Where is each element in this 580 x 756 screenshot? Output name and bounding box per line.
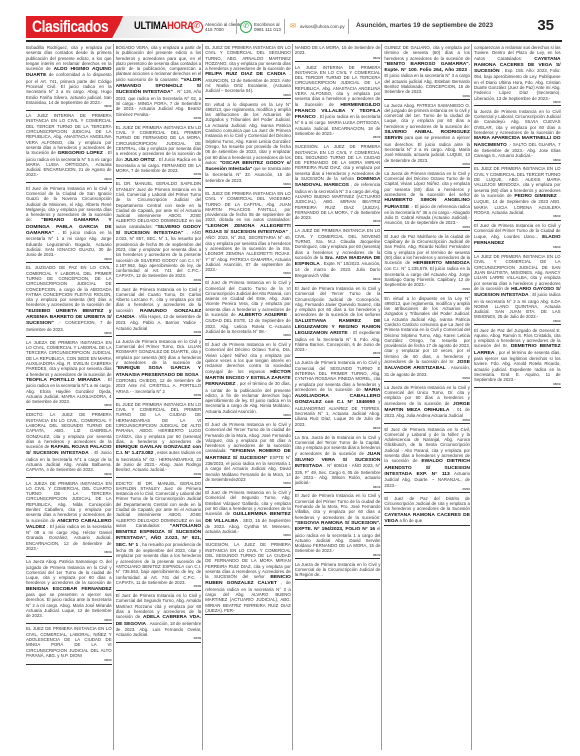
notice-body: La Jueza Abog. Patricia Samaniego O. del…: [26, 559, 112, 585]
notice-body-end: , AÑO 2.023, N° 857, SEC. N° 1, ha resue…: [116, 230, 202, 278]
notice-code: 08/09: [295, 278, 381, 281]
notice-code: 08/09: [26, 473, 112, 476]
legal-notice: El Juez de Paz del Distrito de Circunscr…: [384, 495, 470, 526]
notice-body: La Jueza de Primera Instancia en lo Civi…: [295, 562, 381, 578]
notice-code: 08/09: [384, 288, 470, 291]
notice-body: la Jueza de Primera Instancia en lo Civi…: [474, 109, 561, 135]
legal-notice: El Juez de Primera Instancia en lo Civil…: [295, 285, 381, 358]
legal-notice: SUCESIÓN. LA JUEZ DE PRIMERA INSTANCIA E…: [205, 541, 291, 615]
contact-whatsapp: ✆ Escribinos al0981 111 013: [240, 18, 281, 36]
notice-code: 08/09: [295, 486, 381, 489]
notice-body: El Juez de Primera Instancia en lo Civil…: [384, 427, 470, 464]
divider: [348, 19, 349, 34]
notice-code: 08/09: [384, 163, 470, 166]
notice-body: LA JUEZ INTERINA DE PRIMERA INSTANCIA EN…: [26, 113, 112, 155]
contact-phone: ✆ Atención al cliente:415 7000: [191, 18, 243, 36]
legal-notice: El Juez de Primera Instancia en lo Civil…: [295, 492, 381, 559]
header-rule: [26, 40, 562, 42]
notice-code: 08/09: [295, 554, 381, 557]
deceased-name: "BENITO BARROSO GAMARRA". Expte. N° 100.…: [384, 62, 470, 73]
legal-notice: El Juez de Primera Instancia en lo Civil…: [205, 421, 291, 488]
legal-notice: comparezcan a reclamar sus derechos si l…: [474, 44, 561, 106]
whatsapp-icon: ✆: [240, 21, 252, 33]
notice-body-end: a fin de que: [399, 518, 422, 523]
legal-notice: EL JUZGADO DE PAZ EN LO CIVIL, COMERCIAL…: [26, 264, 112, 337]
legal-notice: El Juez de Primera Instancia en lo Civil…: [205, 341, 291, 419]
deceased-name: TEOFILA PORTILLO MIRANDA: [26, 378, 101, 383]
notice-body: EL JUZGADO DE PAZ EN LO CIVIL, COMERCIAL…: [26, 265, 112, 307]
notice-code: 08/09: [474, 101, 561, 104]
notice-code: 08/09: [26, 619, 112, 622]
column-5: GUINEZ DE GALIANO, cita y emplaza por té…: [384, 44, 472, 750]
notice-code: 08/09: [205, 272, 291, 275]
legal-notice: LA JUEZA DE PRIMERA INSTANCIA EN LO CIVI…: [26, 339, 112, 410]
legal-notice: La Jueza de Primera Instancia en lo Civi…: [116, 338, 202, 399]
deceased-name: "SEGOVIA RAMONA S/ SUCESION". EXPTE. N° …: [295, 521, 381, 532]
notice-code: 08/09: [26, 178, 112, 181]
notice-code: 08/09: [116, 394, 202, 397]
deceased-name: "ENRIQUE SOSA GARCIA Y ATANASIA PRESENTA…: [116, 366, 202, 377]
notice-code: 08/09: [295, 136, 381, 139]
legal-notice: El Juez de Paz del Juzgado de General E.…: [474, 327, 561, 388]
legal-notice: SUCESIÓN. LA JUEZ DE PRIMERA INSTANCIA E…: [295, 143, 381, 226]
legal-notice: En virtud a lo dispuesto en la Ley N° 49…: [205, 101, 291, 189]
notice-code: 08/09: [474, 320, 561, 323]
notice-code: 08/09: [474, 215, 561, 218]
legal-notice: NANDO DE LA MORA, 15 de Setiembre de 202…: [295, 44, 381, 62]
notice-code: 08/09: [384, 226, 470, 229]
notice-code: 08/09: [474, 246, 561, 249]
notice-code: 08/09: [384, 488, 470, 491]
legal-notice: La Sra. Jueza de la Instancia en lo Civi…: [295, 434, 381, 491]
column-2: BOGADO VERA, cita y emplaza a partir de …: [116, 44, 204, 750]
notice-body: LA JUEZ DE PRIMERA INSTANCIA EN LO CIVIL…: [474, 254, 561, 291]
notice-code: 08/09: [116, 173, 202, 176]
legal-notice: La Jueza Abog. Patricia Samaniego O. del…: [26, 558, 112, 624]
column-4: NANDO DE LA MORA, 15 de Setiembre de 202…: [295, 44, 383, 750]
legal-notice: El Juez de Primera Instancia en lo Civil…: [205, 279, 291, 339]
notice-body: En virtud a lo dispuesto en la Ley N° 49…: [205, 102, 291, 165]
column-3: EL JUEZ DE PRIMERA INSTANCIA EN LO CIVIL…: [205, 44, 293, 750]
notice-code: 08/09: [474, 383, 561, 386]
legal-notice: LA JUEZ DE PRIMERA INSTANCIA EN LO CIVIL…: [474, 253, 561, 325]
notice-body: EL JUEZ DE PRIMERA INSTANCIA EN LO CIVIL…: [205, 191, 291, 222]
notice-body-end: con C.I. N° 1.235.579. El juicio radica …: [384, 266, 470, 287]
deceased-name: JULIO ORTIZ: [124, 158, 155, 163]
notice-code: 08/09: [205, 482, 291, 485]
notice-body: EL JUEZ DE PRIMERA INSTANCIA EN LO CIVIL…: [116, 402, 202, 444]
notice-code: 08/09: [116, 637, 202, 640]
legal-notice: La Jueza de Primera Instancia en lo Civi…: [384, 170, 470, 231]
legal-notice: El Juez de Primera Instancia en lo Civil…: [116, 592, 202, 643]
notice-code: 08/09: [384, 377, 470, 380]
notice-body-end: para que se presenten a ejercer sus dere…: [26, 592, 112, 618]
legal-notice: EL JUEZ DE PRIMERA INSTANCIA EN LO CIVIL…: [116, 124, 202, 179]
legal-notice: EL JUEZ DE PRIMERA INSTANCIA EN LO CIVIL…: [205, 190, 291, 278]
notice-code: 08/09: [205, 534, 291, 537]
deceased-name: BENIGNA ESCOBAR FERNANDEZ: [26, 587, 112, 592]
legal-notice: El Juez de Primera Instancia en lo Civil…: [205, 489, 291, 540]
notice-code: 08/09: [116, 117, 202, 120]
section-title: Clasificados: [32, 16, 108, 38]
notice-code: 08/09: [26, 258, 112, 261]
divider: [236, 19, 237, 34]
deceased-name: FELIPA RUIZ DIAZ DE CANDIA: [205, 72, 286, 77]
section-tab: Clasificados: [26, 16, 124, 38]
notice-body: NANDO DE LA MORA, 15 de Setiembre de 202…: [295, 45, 381, 55]
legal-notice: El Juez de Primera Instancia en lo Civil…: [26, 185, 112, 263]
legal-notice: LA JUEZ INTERINA DE PRIMERA INSTANCIA EN…: [26, 112, 112, 183]
legal-notice: GUINEZ DE GALIANO, cita y emplaza por té…: [384, 44, 470, 100]
envelope-icon: ✉: [288, 22, 298, 32]
notice-body: SUCESIÓN. LA JUEZ DE PRIMERA INSTANCIA E…: [205, 542, 291, 579]
notice-body-end: , ha resuelto por providencia de fecha 0…: [116, 542, 202, 585]
legal-notice: EL JUEZ DE PRIMERA INSTANCIA EN LO CIVIL…: [205, 44, 291, 99]
notice-body-end: , AÑO: 2023, N° 253, SECRETARIA N° 40, c…: [205, 229, 291, 272]
notice-body: BOGADO VERA, cita y emplaza a partir de …: [116, 45, 202, 82]
deceased-name: ALBERTO AGUIRRE: [238, 313, 287, 318]
legal-notice: EL JUEZ DE PRIMERA INSTANCIA EN LO CIVIL…: [26, 625, 112, 664]
notice-body: El Juez de Paz del Distrito de Circunscr…: [384, 496, 470, 512]
notice-code: 08/09: [384, 419, 470, 422]
notice-code: 08/09: [295, 57, 381, 60]
legal-notice: EL JUEZ DE PRIMERA INSTANCIA EN LO CIVIL…: [116, 401, 202, 478]
deceased-name: "LEONOR ZENONA ALLEGRETTI ROJAS S/ SUCES…: [205, 224, 291, 235]
classifieds-columns: Bobadilla Rodríguez, cita y emplaza por …: [26, 44, 562, 750]
deceased-name: PEDRO GIMENEZ: [514, 194, 556, 199]
deceased-name: CAYETANA RAMONA CACERES DE VEGA: [384, 513, 470, 524]
notice-code: 08/09: [26, 659, 112, 662]
legal-notice: la Jueza de Primera Instancia en lo Civi…: [474, 108, 561, 164]
notice-code: 08/09: [205, 183, 291, 186]
notice-code: 08/09: [116, 585, 202, 588]
notice-body: GUINEZ DE GALIANO, cita y emplaza por té…: [384, 45, 470, 61]
legal-notice: EL DR. MANUEL GERALDO SAIFILDIN STANLEY …: [116, 180, 202, 284]
notice-body: La Jueza Abog. PATRICIA SAMANIEGO O. del…: [384, 103, 470, 129]
notice-body: LA JUEZA DE PRIMERA INSTANCIA EN LO CIVI…: [26, 340, 112, 377]
legal-notice: El Juez de Primera Instancia en lo Civil…: [116, 286, 202, 337]
notice-body: El Juez de Primera Instancia en lo Civil…: [205, 280, 291, 317]
legal-notice: La Jueza de Primera Instancia en lo Civi…: [295, 359, 381, 432]
page-header: Clasificados ULTIMAHORA ✆ Atención al cl…: [26, 14, 562, 40]
notice-body-end: , de referencia radica en la secretaría …: [295, 182, 381, 220]
legal-notice: EDICTO: LA JUEZ DE PRIMERA INSTANCIA EN …: [26, 411, 112, 478]
legal-notice: En virtud a lo dispuesto en la Ley N° 49…: [384, 295, 470, 383]
notice-code: 08/09: [26, 332, 112, 335]
notice-body: El Juez de Primera Instancia en lo Civil…: [295, 493, 381, 519]
notice-code: 08/09: [26, 105, 112, 108]
notice-body: EL DR. MANUEL GERALDO SAIFILDIN STANLEY …: [116, 181, 202, 228]
notice-code: 08/09: [116, 473, 202, 476]
notice-body: El Juez de Primera Instancia en lo Civil…: [295, 286, 381, 317]
notice-code: 08/09: [295, 427, 381, 430]
notice-code: 08/09: [205, 334, 291, 337]
notice-body: La Jueza de Primera Instancia en lo Civi…: [384, 171, 470, 197]
legal-notice: Bobadilla Rodríguez, cita y emplaza por …: [26, 44, 112, 111]
notice-body: EL JUEZ DE PRIMERA INSTANCIA EN LO CIVIL…: [205, 45, 291, 71]
contact-email: ✉ avisos@uhora.com.py: [288, 18, 345, 36]
legal-notice: El Juez de Primera Instancia en lo Civil…: [474, 222, 561, 252]
notice-code: 08/09: [295, 220, 381, 223]
notice-code: 08/09: [26, 551, 112, 554]
deceased-name: GREGORIO LOPEZ: [58, 151, 103, 156]
notice-body: EL JUEZ DE PRIMERA INSTANCIA EN LO CIVIL…: [26, 626, 112, 657]
legal-notice: BOGADO VERA, cita y emplaza a partir de …: [116, 44, 202, 122]
notice-body: SUCESIÓN. LA JUEZ DE PRIMERA INSTANCIA E…: [295, 144, 381, 181]
notice-body: LA JUEZA DE PRIMERA INSTANCIA EN LO CIVI…: [26, 481, 112, 523]
legal-notice: El Juez de Primera Instancia en lo Civil…: [384, 426, 470, 494]
phone-icon: ✆: [191, 21, 203, 33]
email-link[interactable]: avisos@uhora.com.py: [300, 24, 345, 30]
legal-notice: LA JUEZ INTERINA DE PRIMERA INSTANCIA EN…: [295, 64, 381, 142]
legal-notice: EDICTO: El DR. MANUEL GERALDO SAIFILDIN …: [116, 480, 202, 591]
notice-body: EDICTO: LA JUEZ DE PRIMERA INSTANCIA EN …: [26, 412, 112, 449]
legal-notice: La Jueza de Primera Instancia en lo Civi…: [384, 384, 470, 424]
brand-logo: ULTIMAHORA: [134, 20, 194, 32]
legal-notice: EL JUEZ DE PRIMERA INSTANCIA EN LO CIVIL…: [474, 165, 561, 220]
notice-code: 08/09: [295, 352, 381, 355]
notice-body: En virtud a lo dispuesto en la Ley N° 49…: [384, 296, 470, 365]
issue-date: Asunción, martes 19 de septiembre de 202…: [356, 22, 493, 29]
notice-body: LA JUEZ INTERINA DE PRIMERA INSTANCIA EN…: [295, 65, 381, 107]
notice-body: EDICTO: El DR. MANUEL GERALDO SAIFILDIN …: [116, 481, 202, 528]
deceased-name: HERIBERTO MENDOZA: [413, 261, 470, 266]
notice-body: La Jueza de Primera Instancia en lo Civi…: [116, 339, 202, 365]
column-6: comparezcan a reclamar sus derechos si l…: [474, 44, 562, 750]
page-number: 35: [537, 17, 554, 34]
legal-notice: LA JUEZ DE PRIMERA INSTANCIA EN LO CIVIL…: [295, 227, 381, 283]
notice-body: El Juez de Primera Instancia en lo Civil…: [26, 186, 112, 223]
column-1: Bobadilla Rodríguez, cita y emplaza por …: [26, 44, 114, 750]
legal-notice: La Jueza Abog. PATRICIA SAMANIEGO O. del…: [384, 102, 470, 169]
notice-code: 08/09: [116, 279, 202, 282]
notice-code: 08/09: [26, 404, 112, 407]
legal-notice: La Jueza de Primera Instancia en lo Civi…: [295, 561, 381, 581]
notice-code: 08/09: [384, 95, 470, 98]
notice-code: 08/09: [474, 159, 561, 162]
notice-code: 08/09: [116, 331, 202, 334]
legal-notice: LA JUEZA DE PRIMERA INSTANCIA EN LO CIVI…: [26, 480, 112, 557]
legal-notice: El Juez de Paz Multifuero de la ciudad d…: [384, 233, 470, 293]
notice-code: 08/09: [205, 414, 291, 417]
divider: [284, 19, 285, 34]
notice-code: 08/09: [205, 94, 291, 97]
